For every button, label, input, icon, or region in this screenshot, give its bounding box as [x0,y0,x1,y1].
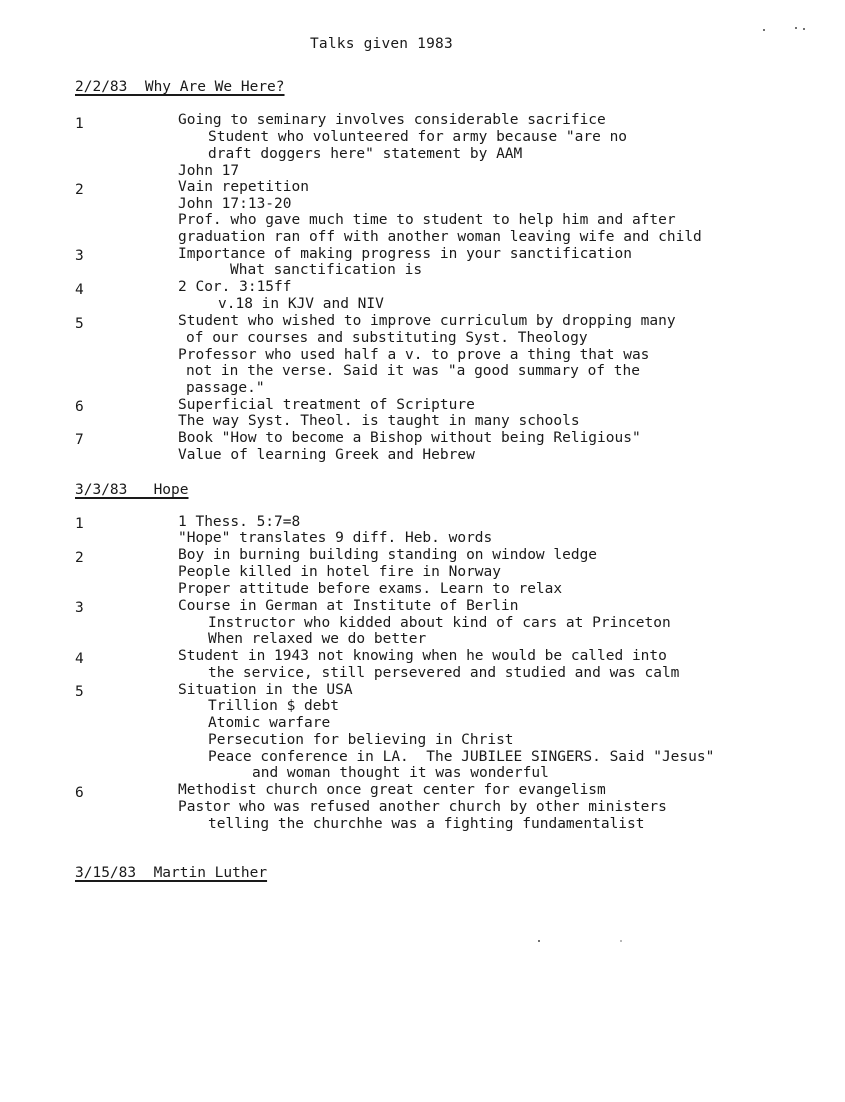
item-number: 1 [75,516,84,533]
note-line: 2 Cor. 3:15ff [178,279,292,296]
note-line: of our courses and substituting Syst. Th… [186,330,588,347]
section-heading-martin-luther: 3/15/83 Martin Luther [75,865,267,881]
item-number: 6 [75,785,84,802]
note-line: Value of learning Greek and Hebrew [178,447,475,464]
item-number: 7 [75,432,84,449]
note-line: Student in 1943 not knowing when he woul… [178,648,667,665]
note-line: Methodist church once great center for e… [178,782,606,799]
note-line: Course in German at Institute of Berlin [178,598,518,615]
note-line: and woman thought it was wonderful [252,765,549,782]
note-line: Student who wished to improve curriculum… [178,313,676,330]
note-line: Boy in burning building standing on wind… [178,547,597,564]
note-line: graduation ran off with another woman le… [178,229,702,246]
scan-speck [795,27,797,29]
note-line: Professor who used half a v. to prove a … [178,347,649,364]
note-line: not in the verse. Said it was "a good su… [186,363,640,380]
note-line: Book "How to become a Bishop without bei… [178,430,641,447]
section-heading-why-are-we-here: 2/2/83 Why Are We Here? [75,79,285,95]
document-title: Talks given 1983 [310,36,453,52]
note-line: What sanctification is [230,262,422,279]
section-heading-hope: 3/3/83 Hope [75,482,189,498]
note-line: passage." [186,380,265,397]
note-line: The way Syst. Theol. is taught in many s… [178,413,580,430]
scan-speck [763,29,765,31]
note-line: v.18 in KJV and NIV [218,296,384,313]
note-line: John 17 [178,163,239,180]
note-line: Persecution for believing in Christ [208,732,514,749]
item-number: 5 [75,684,84,701]
note-line: Student who volunteered for army because… [208,129,627,146]
note-line: telling the churchhe was a fighting fund… [208,816,645,833]
note-line: Proper attitude before exams. Learn to r… [178,581,562,598]
note-line: Instructor who kidded about kind of cars… [208,615,671,632]
item-number: 3 [75,600,84,617]
item-number: 5 [75,316,84,333]
note-line: Going to seminary involves considerable … [178,112,606,129]
document-page: Talks given 1983 2/2/83 Why Are We Here?… [0,0,845,1102]
note-line: People killed in hotel fire in Norway [178,564,501,581]
note-line: Vain repetition [178,179,309,196]
note-line: When relaxed we do better [208,631,426,648]
item-number: 3 [75,248,84,265]
scan-speck [803,28,805,30]
note-line: draft doggers here" statement by AAM [208,146,522,163]
note-line: Importance of making progress in your sa… [178,246,632,263]
item-number: 1 [75,116,84,133]
item-number: 2 [75,182,84,199]
item-number: 4 [75,651,84,668]
note-line: John 17:13-20 [178,196,292,213]
note-line: Situation in the USA [178,682,353,699]
scan-speck [620,940,622,942]
note-line: Trillion $ debt [208,698,339,715]
note-line: Superficial treatment of Scripture [178,397,475,414]
note-line: 1 Thess. 5:7=8 [178,514,300,531]
item-number: 2 [75,550,84,567]
item-number: 4 [75,282,84,299]
note-line: Pastor who was refused another church by… [178,799,667,816]
note-line: Prof. who gave much time to student to h… [178,212,676,229]
item-number: 6 [75,399,84,416]
note-line: the service, still persevered and studie… [208,665,679,682]
note-line: "Hope" translates 9 diff. Heb. words [178,530,492,547]
scan-speck [538,940,540,942]
note-line: Peace conference in LA. The JUBILEE SING… [208,749,714,766]
note-line: Atomic warfare [208,715,330,732]
